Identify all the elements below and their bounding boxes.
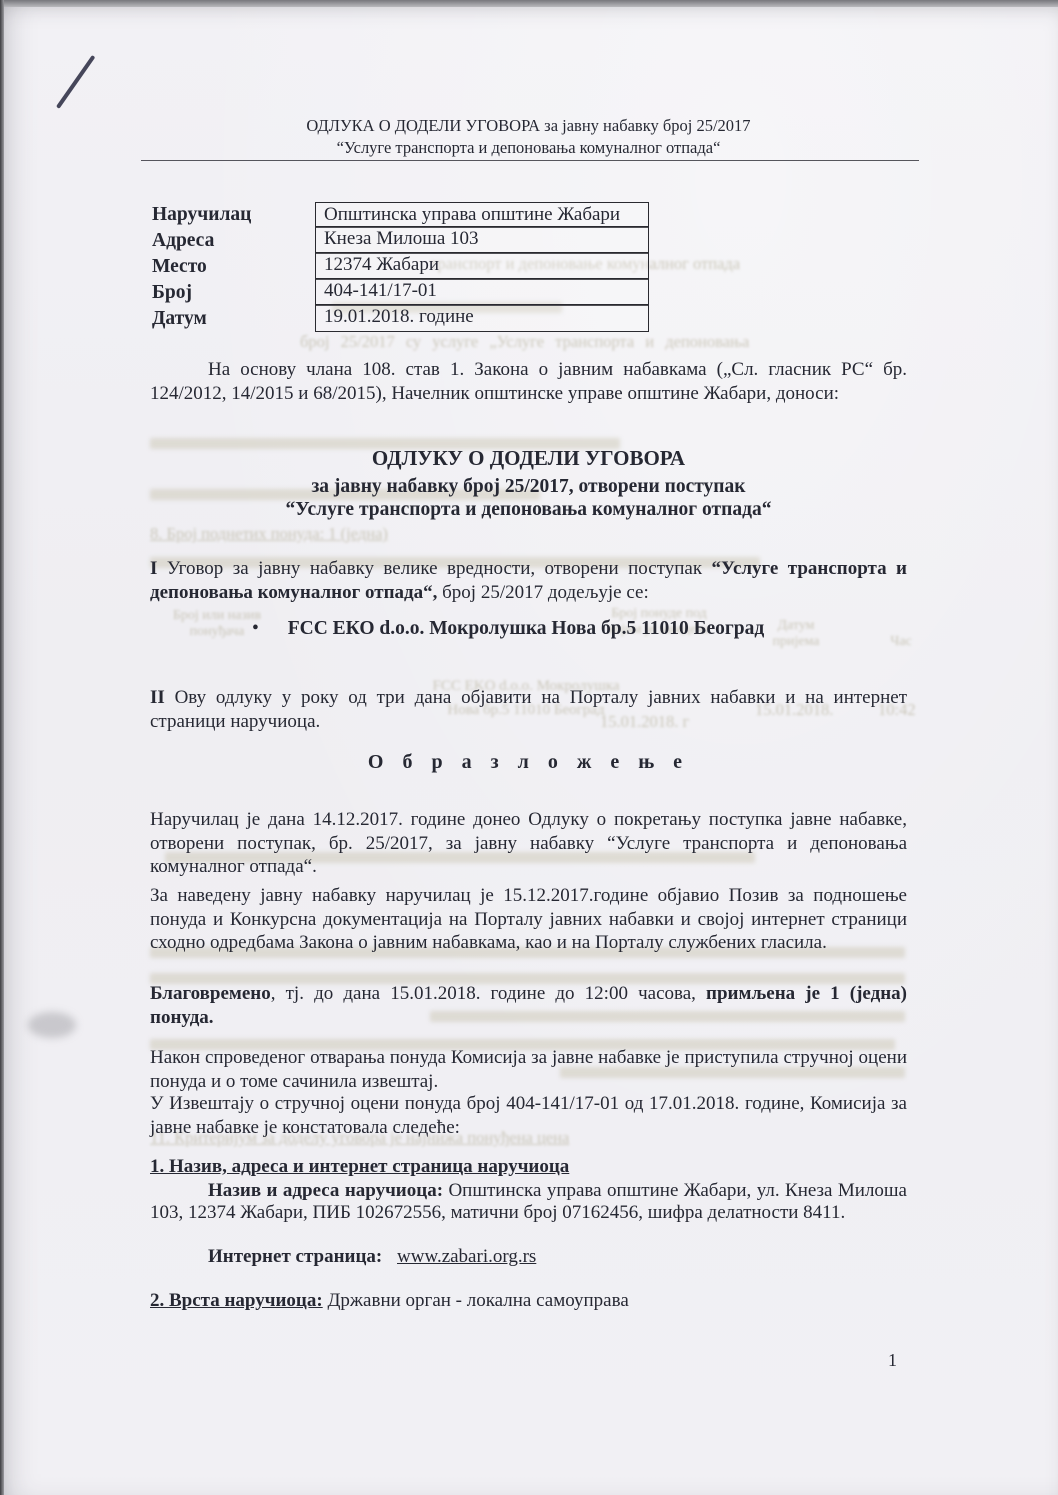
doc-header-line-2: “Услуге транспорта и депоновања комуналн… [150, 138, 907, 158]
section-1-label: Назив и адреса наручиоца: [208, 1180, 443, 1201]
website-link: www.zabari.org.rs [397, 1246, 536, 1267]
info-row: Наручилац Општинска управа општине Жабар… [152, 202, 649, 228]
bullet-icon: • [252, 618, 259, 639]
info-label: Датум [152, 306, 315, 332]
info-value: 12374 Жабари [315, 252, 649, 280]
info-label: Број [152, 280, 315, 306]
scan-edge-top [0, 0, 1058, 7]
section-2-text: Државни орган - локална самоуправа [323, 1290, 629, 1311]
header-divider [141, 160, 919, 161]
section-ii-paragraph: II Ову одлуку у року од три дана објавит… [150, 686, 907, 733]
timely-bold-lead: Благовремено [150, 983, 271, 1004]
decision-title-line-3: “Услуге транспорта и депоновања комуналн… [150, 498, 907, 522]
section-ii-numeral: II [150, 687, 165, 708]
website-label: Интернет страница: [208, 1246, 382, 1267]
margin-smudge [28, 1012, 76, 1038]
info-value: Општинска управа општине Жабари [315, 202, 649, 228]
info-label: Наручилац [152, 202, 315, 228]
paragraph-after-opening: Након спроведеног отварања понуда Комиси… [150, 1046, 907, 1093]
scanned-document-page: транспорт и депоновање комуналног отпада… [0, 0, 1058, 1495]
info-row: Адреса Кнеза Милоша 103 [152, 228, 649, 254]
doc-header-line-1: ОДЛУКА О ДОДЕЛИ УГОВОРА за јавну набавку… [150, 116, 907, 136]
section-i-paragraph: I Уговор за јавну набавку велике вреднос… [150, 557, 907, 604]
bleedthrough-table-header: Час [878, 632, 924, 651]
info-value: Кнеза Милоша 103 [315, 226, 649, 254]
section-2-heading: 2. Врста наручиоца: [150, 1290, 323, 1311]
awardee-bullet-item: • FCC ЕКО d.o.o. Мокролушка Нова бр.5 11… [252, 618, 764, 640]
awardee-name: FCC ЕКО d.o.o. Мокролушка Нова бр.5 1101… [288, 618, 765, 639]
intro-paragraph: На основу члана 108. став 1. Закона о ја… [150, 358, 907, 405]
section-2-line: 2. Врста наручиоца: Државни орган - лока… [150, 1290, 629, 1312]
info-row: Број 404-141/17-01 [152, 280, 649, 306]
section-i-text: Уговор за јавну набавку велике вредности… [157, 558, 711, 579]
section-1-heading: 1. Назив, адреса и интернет страница нар… [150, 1156, 569, 1178]
paragraph-report: У Извештају о стручној оцени понуда број… [150, 1092, 907, 1139]
info-value: 404-141/17-01 [315, 278, 649, 306]
paragraph-decision-initiated: Наручилац је дана 14.12.2017. године дон… [150, 808, 907, 879]
pen-mark [56, 55, 95, 109]
website-line: Интернет страница: www.zabari.org.rs [208, 1246, 536, 1268]
bleedthrough-text: број 25/2017 су услуге „Услуге транспорт… [300, 332, 920, 351]
section-i-text: број 25/2017 додељује се: [437, 582, 648, 603]
info-table: Наручилац Општинска управа општине Жабар… [152, 202, 649, 332]
bleedthrough-text: 8. Број поднетих понуда: 1 (једна) [150, 524, 580, 543]
info-row: Датум 19.01.2018. године [152, 306, 649, 332]
paragraph-timely-offer: Благовремено, тј. до дана 15.01.2018. го… [150, 982, 907, 1029]
decision-title-line-2: за јавну набавку број 25/2017, отворени … [150, 475, 907, 499]
bleedthrough-table-header: Датум пријема [757, 618, 835, 650]
info-value: 19.01.2018. године [315, 304, 649, 332]
paragraph-invitation-published: За наведену јавну набавку наручилац је 1… [150, 884, 907, 955]
page-number: 1 [888, 1350, 897, 1371]
explanation-heading: О б р а з л о ж е њ е [150, 751, 907, 775]
info-label: Место [152, 254, 315, 280]
info-label: Адреса [152, 228, 315, 254]
section-ii-text: Ову одлуку у року од три дана објавити н… [150, 687, 907, 732]
info-row: Место 12374 Жабари [152, 254, 649, 280]
decision-title-line-1: ОДЛУКУ О ДОДЕЛИ УГОВОРА [150, 447, 907, 471]
timely-text: , тј. до дана 15.01.2018. године до 12:0… [271, 983, 706, 1004]
section-1-paragraph: Назив и адреса наручиоца: Општинска упра… [150, 1180, 907, 1223]
scan-edge-left [0, 0, 4, 1495]
